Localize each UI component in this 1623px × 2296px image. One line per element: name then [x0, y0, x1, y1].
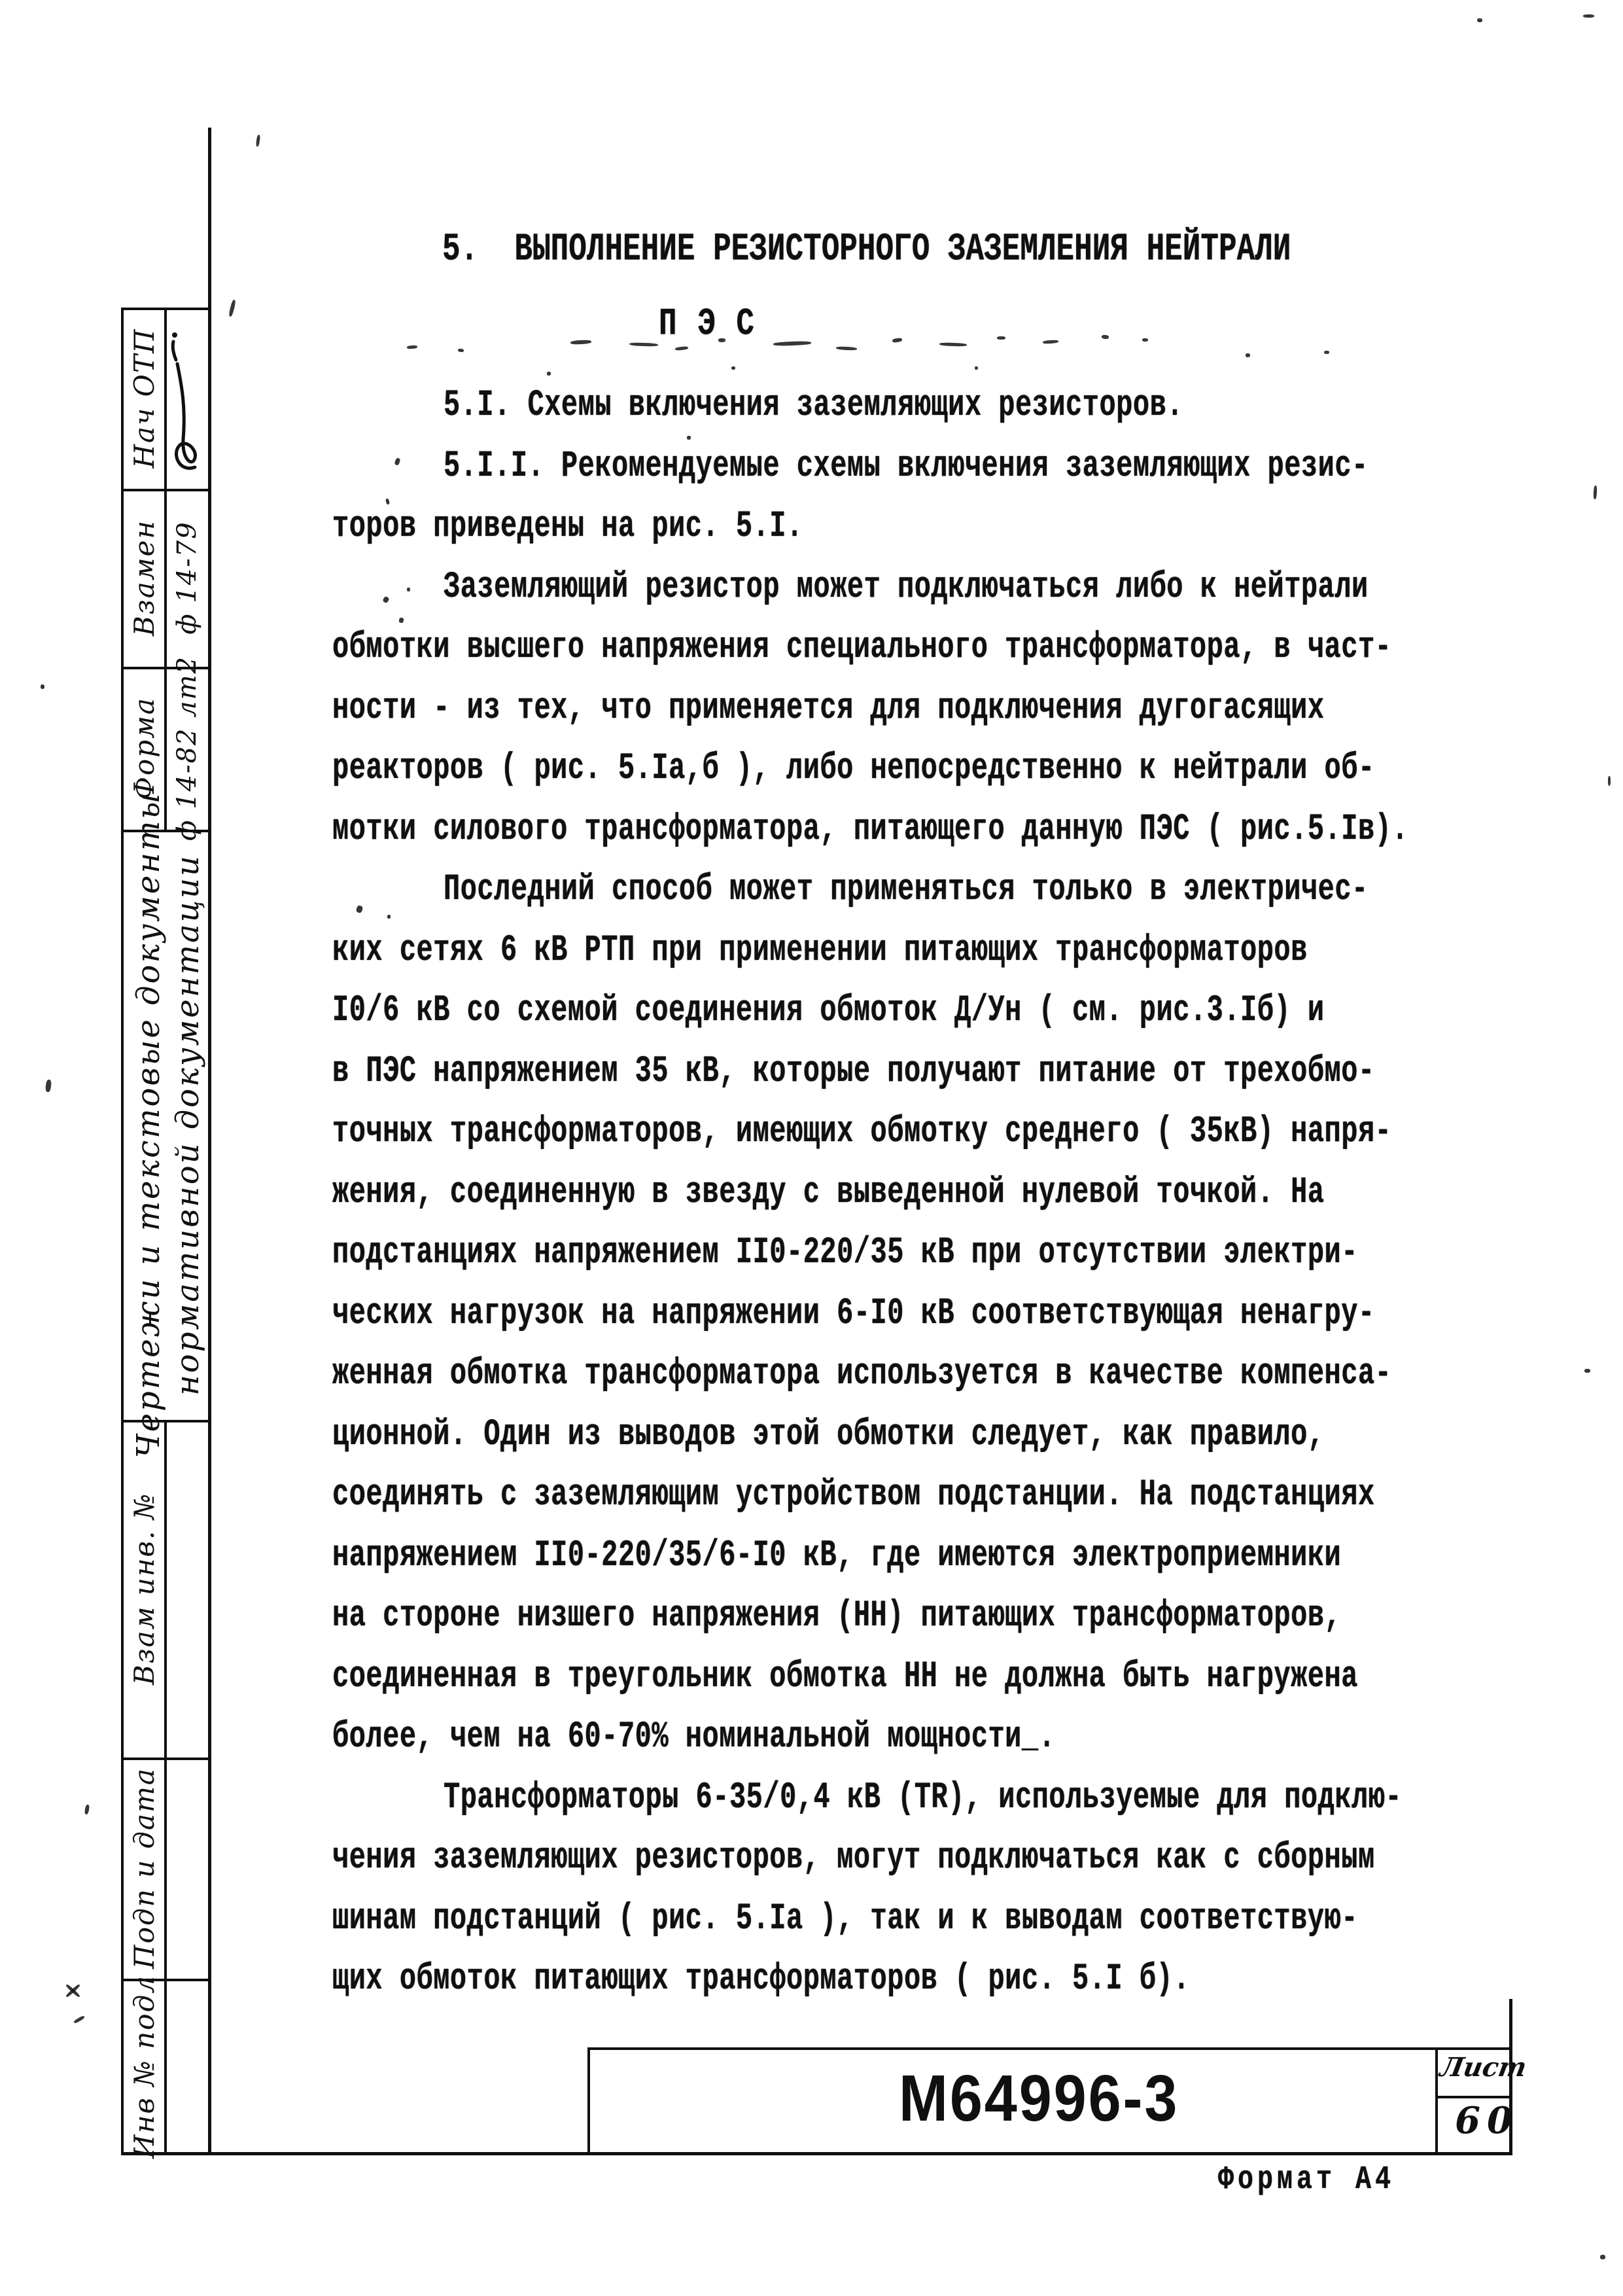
- ink-speck: [407, 588, 410, 592]
- text-line: жения, соединенную в звезду с выведенной…: [332, 1171, 1325, 1227]
- ink-speck: [228, 300, 236, 317]
- sidebar-label-text: Взамен: [128, 520, 160, 636]
- ink-speck: [387, 915, 391, 919]
- sidebar-row-border: [121, 308, 211, 310]
- ink-speck: [731, 366, 735, 370]
- text-line: реакторов ( рис. 5.Iа,б ), либо непосред…: [332, 747, 1375, 804]
- sheet-box-divider: [1435, 2096, 1512, 2098]
- ink-speck: [836, 346, 857, 351]
- ink-speck: [773, 341, 811, 346]
- ink-speck: [1102, 335, 1109, 340]
- ink-speck: [1583, 14, 1594, 18]
- ink-speck: [407, 345, 417, 349]
- sheet-number: 60: [1455, 2099, 1519, 2142]
- ink-speck: [398, 617, 404, 623]
- text-line: мотки силового трансформатора, питающего…: [332, 807, 1408, 864]
- text-line: соединять с заземляющим устройством подс…: [332, 1474, 1375, 1530]
- sidebar-docs-note: Чертежи и текстовые документы нормативно…: [130, 838, 207, 1412]
- text-line: ционной. Один из выводов этой обмотки сл…: [332, 1413, 1325, 1469]
- ink-speck: [1246, 353, 1250, 357]
- sidebar-row-border: [121, 1757, 211, 1760]
- sidebar-label-text: Взам инв. №: [128, 1492, 160, 1686]
- ink-speck: [1593, 486, 1597, 499]
- ink-speck: [997, 336, 1005, 340]
- ink-speck: [41, 684, 44, 689]
- sidebar-column-divider-bottom: [164, 1420, 167, 2155]
- section-heading: 5. ВЫПОЛНЕНИЕ РЕЗИСТОРНОГО ЗАЗЕМЛЕНИЯ НЕ…: [442, 227, 1291, 283]
- sidebar-label-vzam-inv: Взам инв. №: [125, 1425, 163, 1752]
- ink-speck: [939, 342, 967, 346]
- ink-speck: [570, 340, 591, 345]
- text-line: соединенная в треугольник обмотка НН не …: [332, 1655, 1358, 1711]
- text-line: более, чем на 60-70% номинальной мощност…: [332, 1716, 1055, 1772]
- text-line: ности - из тех, что применяется для подк…: [332, 686, 1325, 743]
- signature-cell: [168, 313, 206, 484]
- text-line: шинам подстанций ( рис. 5.Iа ), так и к …: [332, 1897, 1358, 1953]
- sidebar-label-podp-data: Подп и дата: [125, 1763, 163, 1973]
- sidebar-column-divider-top: [164, 308, 167, 830]
- ink-speck: [687, 436, 691, 440]
- ink-speck: [45, 1080, 52, 1093]
- sidebar-label-inv-podl: Инв № подл: [125, 1984, 163, 2149]
- text-line: чения заземляющих резисторов, могут подк…: [332, 1837, 1375, 1893]
- ink-speck: [84, 1805, 90, 1815]
- ink-speck: [1477, 18, 1482, 22]
- sidebar-label-text: Инв № подл: [128, 1975, 160, 2159]
- text-line: торов приведены на рис. 5.I.: [332, 505, 803, 561]
- sidebar-value-vzamen: ф 14-79: [168, 494, 206, 662]
- sidebar-label-vzamen: Взамен: [125, 494, 163, 662]
- text-line: 5.I.I. Рекомендуемые схемы включения заз…: [332, 444, 1369, 501]
- ink-speck: [256, 135, 260, 147]
- title-block-left-border: [587, 2047, 590, 2155]
- ink-speck: [892, 338, 903, 343]
- text-line: Трансформаторы 6-35/0,4 кВ (TR), использ…: [332, 1776, 1402, 1832]
- ink-speck: [629, 342, 658, 347]
- sidebar-value-text: ф 14-82 лт2: [172, 656, 202, 841]
- text-line: Последний способ может применяться тольк…: [332, 868, 1369, 925]
- signature-icon: [169, 320, 205, 477]
- text-line: в ПЭС напряжением 35 кВ, которые получаю…: [332, 1050, 1375, 1106]
- ink-speck: [1043, 340, 1058, 344]
- format-note: Формат А4: [1218, 2162, 1395, 2199]
- sidebar-value-forma: ф 14-82 лт2: [168, 672, 206, 824]
- ink-speck: [975, 366, 978, 370]
- text-line: ких сетях 6 кВ РТП при применении питающ…: [332, 928, 1308, 985]
- sidebar-left-border: [121, 308, 124, 2155]
- text-line: 5.I. Схемы включения заземляющих резисто…: [332, 384, 1183, 440]
- title-block-top-border: [587, 2047, 1512, 2050]
- ink-speck: [1324, 351, 1329, 354]
- ink-speck: [1608, 776, 1611, 786]
- frame-line-vertical-main: [208, 128, 211, 2155]
- scanned-document-page: 5. ВЫПОЛНЕНИЕ РЕЗИСТОРНОГО ЗАЗЕМЛЕНИЯ НЕ…: [0, 0, 1623, 2296]
- sidebar-label-text: Форма: [128, 697, 160, 800]
- frame-line-bottom: [121, 2152, 1512, 2155]
- document-number-stamp: М64996-3: [899, 2061, 1179, 2124]
- sidebar-label-nach-otp: Нач ОТП: [125, 313, 163, 484]
- text-line: женная обмотка трансформатора использует…: [332, 1352, 1391, 1409]
- text-line: щих обмоток питающих трансформаторов ( р…: [332, 1958, 1190, 2014]
- sidebar-docs-line1: Чертежи и текстовые документы: [129, 792, 168, 1458]
- sidebar-docs-line2: нормативной документации: [168, 854, 207, 1396]
- ink-speck: [718, 338, 725, 342]
- sidebar-label-text: Нач ОТП: [128, 328, 160, 468]
- ink-speck: [1584, 1369, 1590, 1373]
- text-line: подстанциях напряжением II0-220/35 кВ пр…: [332, 1231, 1358, 1288]
- sidebar-row-border: [121, 489, 211, 491]
- ink-speck: [547, 372, 551, 376]
- sidebar-value-text: ф 14-79: [172, 521, 202, 634]
- text-line: точных трансформаторов, имеющих обмотку …: [332, 1110, 1391, 1167]
- section-subheading: П Э С: [659, 302, 756, 357]
- ink-speck: [1600, 2255, 1605, 2259]
- sheet-label: Лист: [1438, 2052, 1529, 2083]
- sidebar-label-text: Подп и дата: [128, 1767, 160, 1969]
- sheet-box-left-border: [1435, 2047, 1438, 2155]
- ink-speck: [73, 2015, 85, 2024]
- text-line: Заземляющий резистор может подключаться …: [332, 565, 1369, 622]
- ink-speck: [1142, 338, 1148, 342]
- text-line: напряжением II0-220/35/6-I0 кВ, где имею…: [332, 1534, 1341, 1590]
- text-line: ческих нагрузок на напряжении 6-I0 кВ со…: [332, 1292, 1375, 1348]
- text-line: I0/6 кВ со схемой соединения обмоток Д/У…: [332, 989, 1325, 1046]
- ink-speck: [458, 349, 464, 353]
- text-line: на стороне низшего напряжения (НН) питаю…: [332, 1595, 1341, 1651]
- text-line: обмотки высшего напряжения специального …: [332, 626, 1391, 682]
